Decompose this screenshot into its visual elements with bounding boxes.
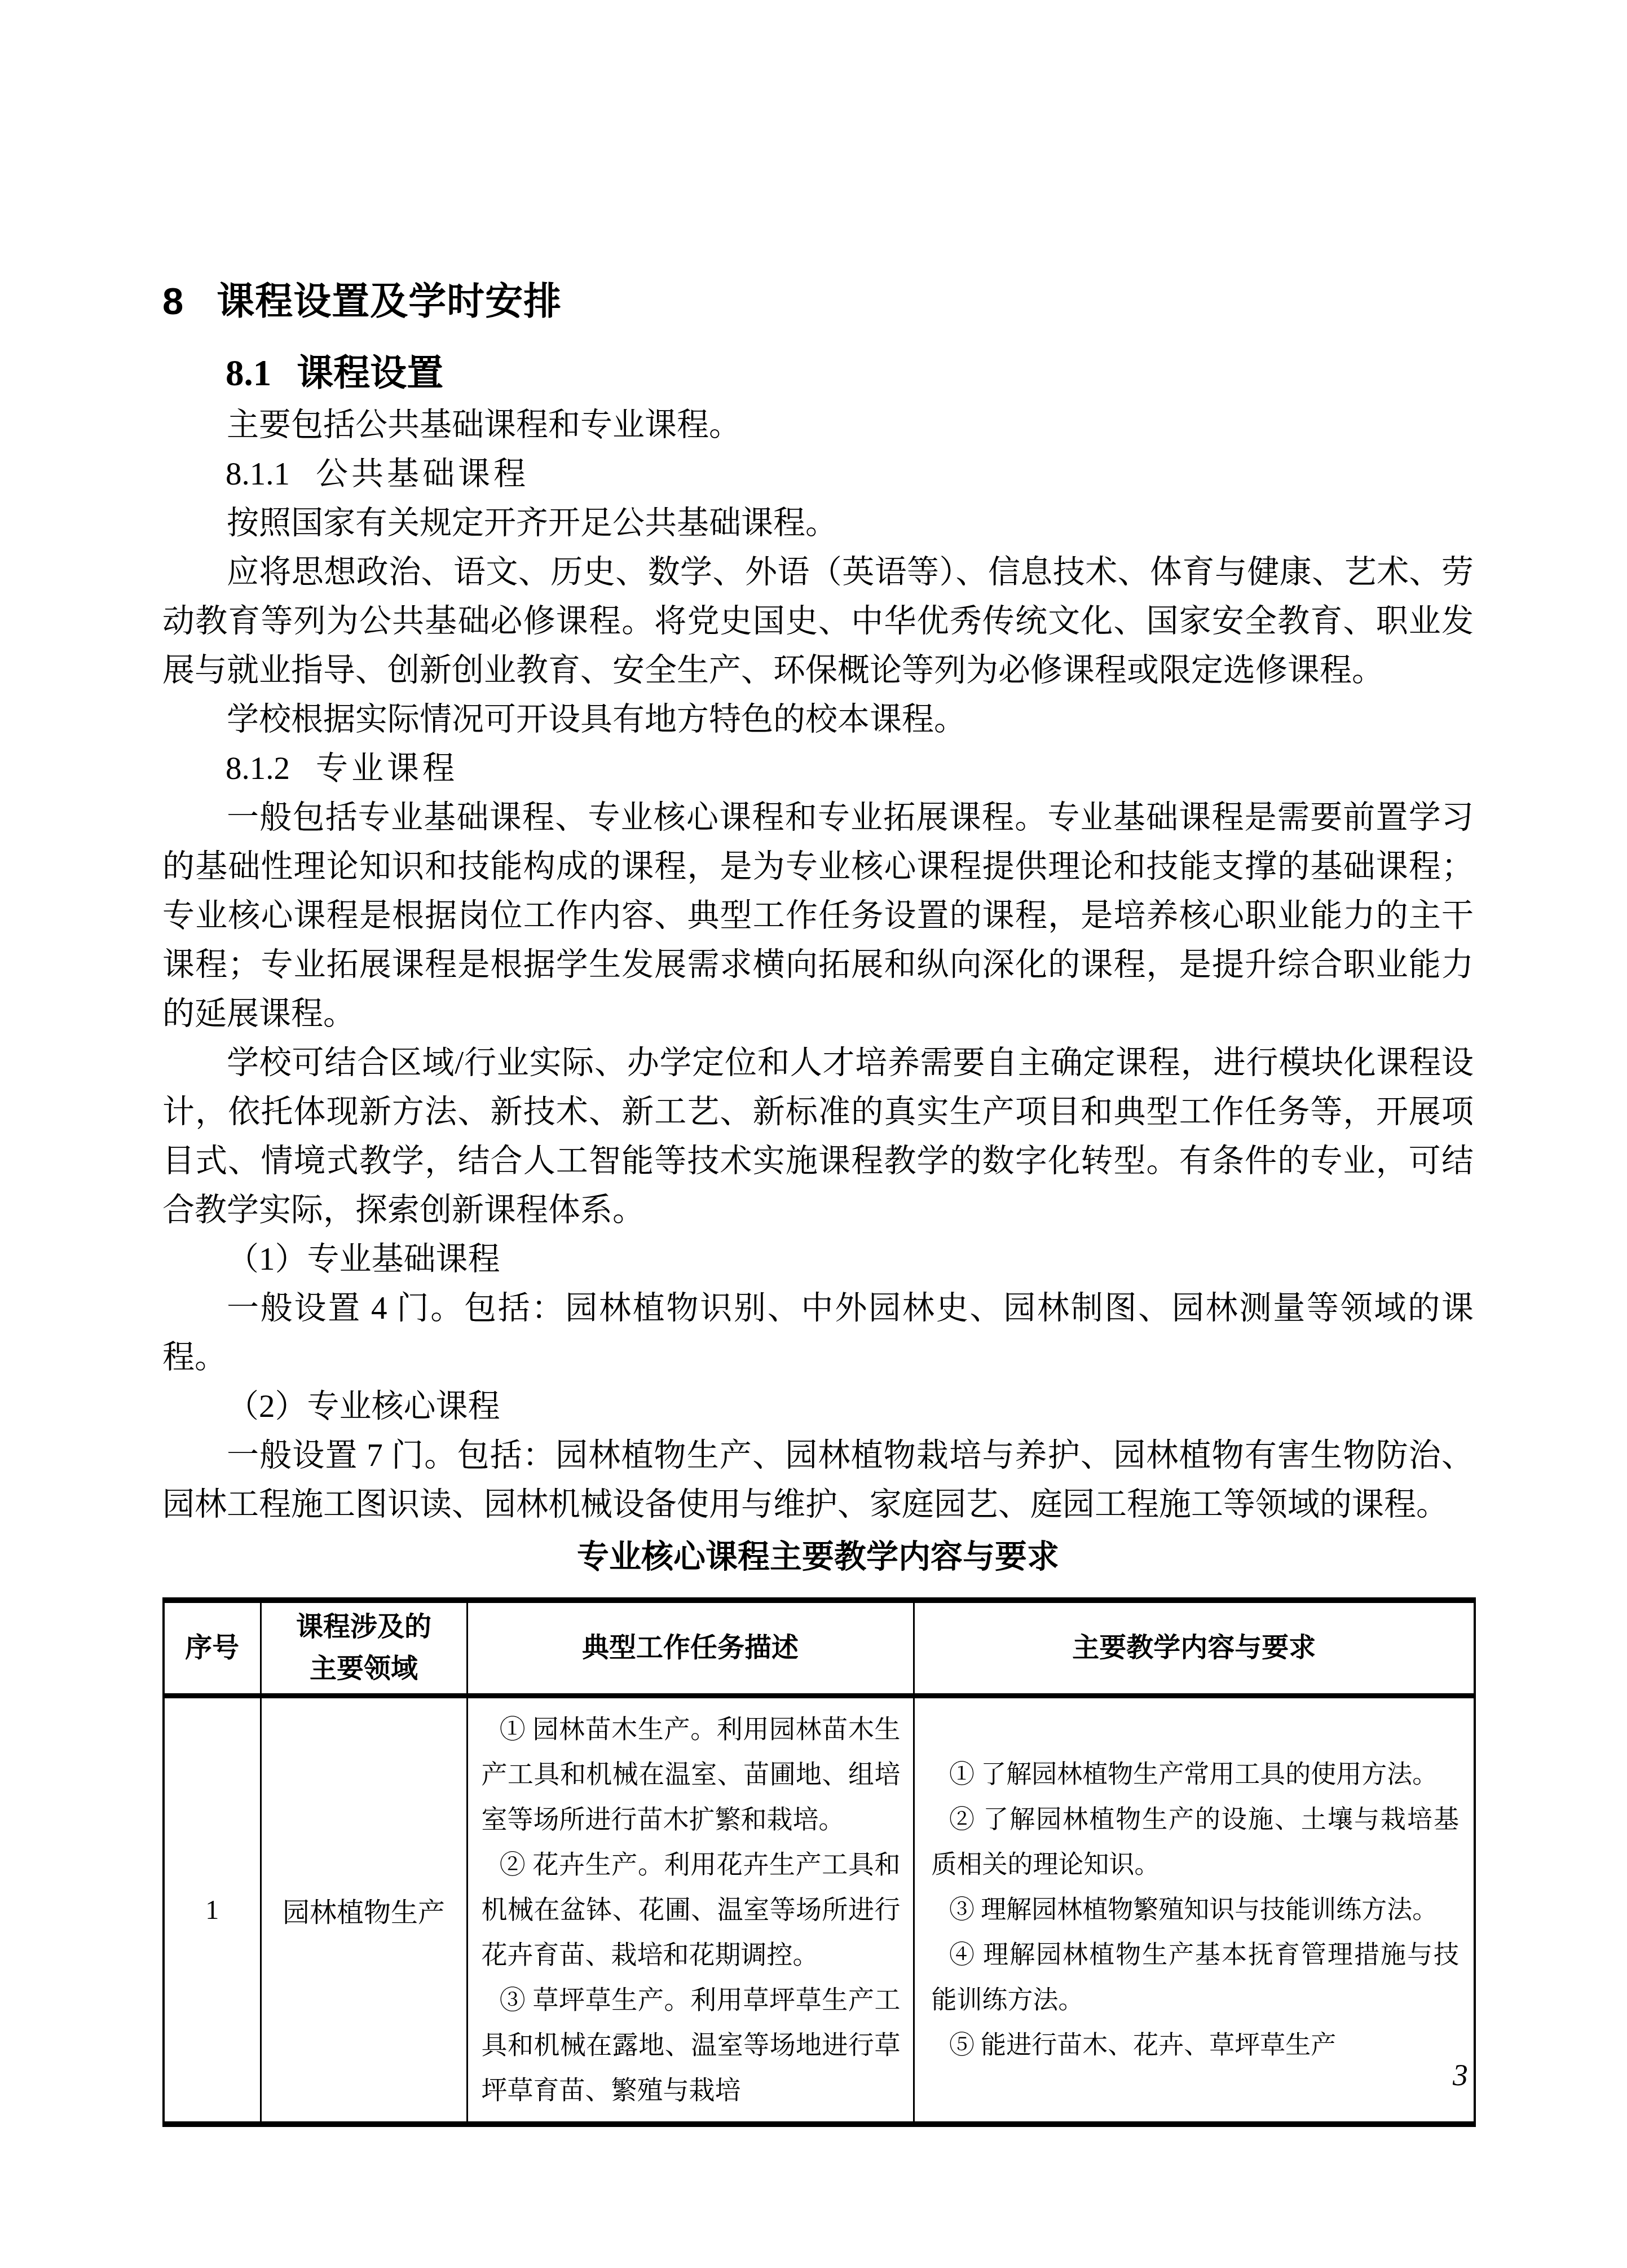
requirement-item: ⑤ 能进行苗木、花卉、草坪草生产 bbox=[932, 2023, 1460, 2068]
document-page: 8课程设置及学时安排 8.1课程设置 主要包括公共基础课程和专业课程。 8.1.… bbox=[0, 0, 1627, 2268]
subsection-heading: 8.1课程设置 bbox=[226, 347, 1474, 400]
paragraph: 学校可结合区域/行业实际、办学定位和人才培养需要自主确定课程，进行模块化课程设计… bbox=[162, 1038, 1474, 1235]
cell-typical-tasks: ① 园林苗木生产。利用园林苗木生产工具和机械在温室、苗圃地、组培室等场所进行苗木… bbox=[467, 1696, 914, 2125]
clause-major-heading: 8.1.2专业课程 bbox=[226, 744, 1474, 793]
clause-major-number: 8.1.2 bbox=[226, 751, 290, 786]
section-title: 课程设置及学时安排 bbox=[217, 280, 562, 323]
subsection-intro-paragraph: 主要包括公共基础课程和专业课程。 bbox=[162, 400, 1474, 450]
cell-domain: 园林植物生产 bbox=[261, 1696, 467, 2125]
requirement-item: ④ 理解园林植物生产基本抚育管理措施与技能训练方法。 bbox=[932, 1932, 1460, 2023]
subsection-title: 课程设置 bbox=[297, 353, 443, 394]
column-header-domain: 课程涉及的 主要领域 bbox=[261, 1600, 467, 1696]
requirement-item: ② 了解园林植物生产的设施、土壤与栽培基质相关的理论知识。 bbox=[932, 1797, 1460, 1887]
task-item: ③ 草坪草生产。利用草坪草生产工具和机械在露地、温室等场地进行草坪草育苗、繁殖与… bbox=[482, 1978, 901, 2113]
cell-teaching-requirements: ① 了解园林植物生产常用工具的使用方法。 ② 了解园林植物生产的设施、土壤与栽培… bbox=[914, 1696, 1475, 2125]
table-row: 1 园林植物生产 ① 园林苗木生产。利用园林苗木生产工具和机械在温室、苗圃地、组… bbox=[164, 1696, 1475, 2125]
column-header-requirements: 主要教学内容与要求 bbox=[914, 1600, 1475, 1696]
subsection-number: 8.1 bbox=[226, 353, 271, 394]
paragraph: 学校根据实际情况可开设具有地方特色的校本课程。 bbox=[162, 695, 1474, 744]
clause-public-number: 8.1.1 bbox=[226, 456, 290, 492]
table-title: 专业核心课程主要教学内容与要求 bbox=[162, 1532, 1474, 1582]
core-courses-table: 序号 课程涉及的 主要领域 典型工作任务描述 主要教学内容与要求 1 园林植物生… bbox=[162, 1597, 1476, 2127]
section-heading: 8课程设置及学时安排 bbox=[162, 274, 1474, 330]
paragraph: 按照国家有关规定开齐开足公共基础课程。 bbox=[162, 499, 1474, 548]
requirement-item: ③ 理解园林植物繁殖知识与技能训练方法。 bbox=[932, 1887, 1460, 1932]
list-item-text: 一般设置 4 门。包括：园林植物识别、中外园林史、园林制图、园林测量等领域的课程… bbox=[162, 1284, 1474, 1382]
paragraph: 一般包括专业基础课程、专业核心课程和专业拓展课程。专业基础课程是需要前置学习的基… bbox=[162, 793, 1474, 1038]
section-number: 8 bbox=[162, 280, 184, 323]
column-header-no: 序号 bbox=[164, 1600, 261, 1696]
column-header-tasks: 典型工作任务描述 bbox=[467, 1600, 914, 1696]
requirement-item: ① 了解园林植物生产常用工具的使用方法。 bbox=[932, 1752, 1460, 1797]
cell-row-number: 1 bbox=[164, 1696, 261, 2125]
table-header-row: 序号 课程涉及的 主要领域 典型工作任务描述 主要教学内容与要求 bbox=[164, 1600, 1475, 1696]
page-number: 3 bbox=[1453, 2058, 1468, 2093]
paragraph: 应将思想政治、语文、历史、数学、外语（英语等）、信息技术、体育与健康、艺术、劳动… bbox=[162, 548, 1474, 695]
list-item-label: （2）专业核心课程 bbox=[162, 1382, 1474, 1431]
clause-public-heading: 8.1.1公共基础课程 bbox=[226, 450, 1474, 499]
clause-major-title: 专业课程 bbox=[316, 751, 458, 786]
document-content: 8课程设置及学时安排 8.1课程设置 主要包括公共基础课程和专业课程。 8.1.… bbox=[162, 274, 1474, 2127]
task-item: ② 花卉生产。利用花卉生产工具和机械在盆钵、花圃、温室等场所进行花卉育苗、栽培和… bbox=[482, 1842, 901, 1978]
list-item-text: 一般设置 7 门。包括：园林植物生产、园林植物栽培与养护、园林植物有害生物防治、… bbox=[162, 1431, 1474, 1529]
list-item-label: （1）专业基础课程 bbox=[162, 1235, 1474, 1284]
clause-public-title: 公共基础课程 bbox=[316, 456, 529, 492]
task-item: ① 园林苗木生产。利用园林苗木生产工具和机械在温室、苗圃地、组培室等场所进行苗木… bbox=[482, 1707, 901, 1842]
